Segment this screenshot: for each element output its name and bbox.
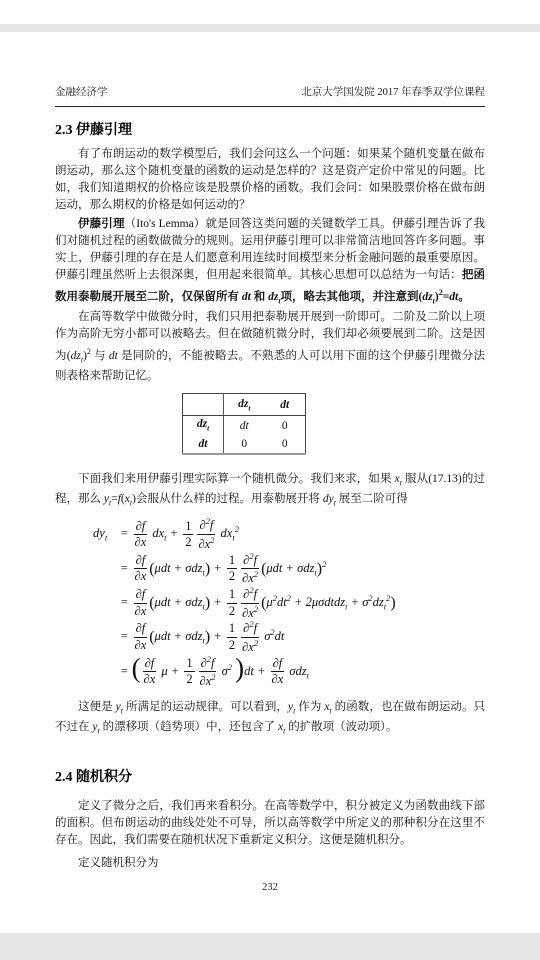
header-course-info: 北京大学国发院 2017 年春季双学位课程 xyxy=(301,84,485,99)
paragraph-brownian-question: 有了布朗运动的数学模型后，我们会问这么一个问题：如果某个随机变量在做布朗运动，那… xyxy=(55,146,485,214)
table-row: dt 0 0 xyxy=(183,435,306,454)
ito-multiplication-table: dzt dt dzt dt 0 dt 0 0 xyxy=(182,393,306,455)
table-row: dzt dt 0 xyxy=(183,416,306,435)
equation-line: dyt = ∂f∂x dxt + 12∂2f∂x2 dxt2 xyxy=(93,517,485,551)
equation-block: dyt = ∂f∂x dxt + 12∂2f∂x2 dxt2 = ∂f∂x(μd… xyxy=(93,517,485,689)
page-gap xyxy=(0,24,540,32)
paragraph-apply-ito: 下面我们来用伊藤引理实际算一个随机微分。我们来求，如果 xt 服从(17.13)… xyxy=(55,471,485,512)
equation-rhs: = ∂f∂x(μdt + σdzt) + 12∂2f∂x2(μdt + σdzt… xyxy=(120,552,326,586)
paragraph-result-law: 这便是 yt 所满足的运动规律。可以看到，yt 作为 xt 的函数，也在做布朗运… xyxy=(55,699,485,740)
table-header-row: dzt dt xyxy=(183,394,306,416)
table-row-label: dzt xyxy=(183,416,224,435)
table-header-cell: dt xyxy=(265,394,306,416)
equation-line: = ∂f∂x(μdt + σdzt) + 12∂2f∂x2(μ2dt2 + 2μ… xyxy=(93,586,485,620)
table-cell: 0 xyxy=(265,435,306,454)
running-header: 金融经济学 北京大学国发院 2017 年春季双学位课程 xyxy=(55,84,485,107)
previous-page-edge xyxy=(0,0,540,24)
document-page: 金融经济学 北京大学国发院 2017 年春季双学位课程 2.3 伊藤引理 有了布… xyxy=(0,32,540,933)
paragraph-ito-lemma-intro: 伊藤引理（Ito's Lemma）就是回答这类问题的关键数学工具。伊藤引理告诉了… xyxy=(55,216,485,309)
page-number: 232 xyxy=(55,882,485,893)
table-cell: 0 xyxy=(224,435,265,454)
equation-rhs: = (∂f∂x μ + 12∂2f∂x2 σ2 )dt + ∂f∂x σdzt xyxy=(120,655,309,689)
table-cell: 0 xyxy=(265,416,306,435)
equation-lhs: dyt xyxy=(93,526,120,543)
paragraph-integral-intro: 定义了微分之后，我们再来看积分。在高等数学中，积分被定义为函数曲线下部的面积。但… xyxy=(55,798,485,849)
equation-line: = (∂f∂x μ + 12∂2f∂x2 σ2 )dt + ∂f∂x σdzt xyxy=(93,655,485,689)
table-header-cell: dzt xyxy=(224,394,265,416)
equation-rhs: = ∂f∂x dxt + 12∂2f∂x2 dxt2 xyxy=(120,517,239,551)
equation-line: = ∂f∂x(μdt + σdzt) + 12∂2f∂x2(μdt + σdzt… xyxy=(93,552,485,586)
section-2-3-heading: 2.3 伊藤引理 xyxy=(55,119,485,139)
section-2-4-heading: 2.4 随机积分 xyxy=(55,766,485,786)
paragraph-define-integral: 定义随机积分为 xyxy=(55,855,485,872)
viewer-background xyxy=(0,933,540,960)
equation-rhs: = ∂f∂x(μdt + σdzt) + 12∂2f∂x2(μ2dt2 + 2μ… xyxy=(120,586,396,620)
pdf-viewer[interactable]: 金融经济学 北京大学国发院 2017 年春季双学位课程 2.3 伊藤引理 有了布… xyxy=(0,0,540,960)
table-row-label: dt xyxy=(183,435,224,454)
header-book-title: 金融经济学 xyxy=(55,84,108,99)
table-corner-cell xyxy=(183,394,224,416)
paragraph-second-order: 在高等数学中做微分时，我们只用把泰勒展开展到一阶即可。二阶及二阶以上项作为高阶无… xyxy=(55,309,485,385)
equation-line: = ∂f∂x(μdt + σdzt) + 12∂2f∂x2 σ2dt xyxy=(93,620,485,654)
table-cell: dt xyxy=(224,416,265,435)
equation-rhs: = ∂f∂x(μdt + σdzt) + 12∂2f∂x2 σ2dt xyxy=(120,620,284,654)
